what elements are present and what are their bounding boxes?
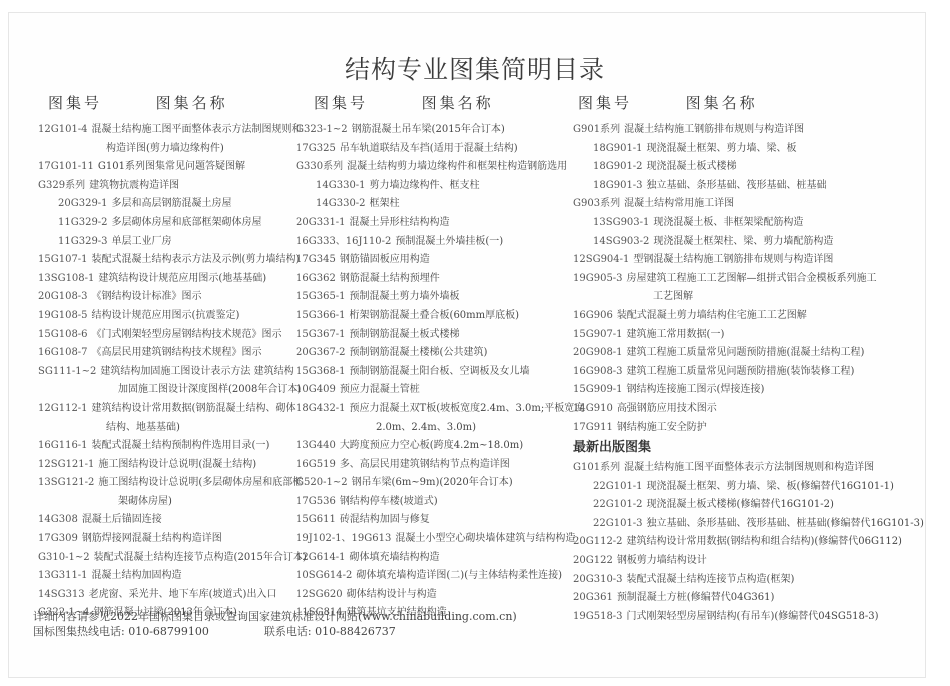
col3-header: 图集号 图集名称 [578, 92, 758, 113]
atlas-name: 混凝土结构常用施工详图 [624, 198, 734, 209]
catalog-entry: 加固施工图设计深度图样(2008年合订本) [38, 381, 307, 400]
atlas-code: 17G101-11 [38, 161, 94, 172]
catalog-entry: 20G112-2建筑结构设计常用数据(钢结构和组合结构)(修编替代06G112) [573, 533, 924, 552]
catalog-entry: 20G122钢板剪力墙结构设计 [573, 552, 924, 571]
catalog-entry: 12G112-1建筑结构设计常用数据(钢筋混凝土结构、砌体 [38, 400, 307, 419]
atlas-name: 混凝土结构加固构造 [92, 570, 182, 581]
catalog-entry: 16G116-1装配式混凝土结构预制构件选用目录(一) [38, 437, 307, 456]
atlas-name: 建筑结构设计规范应用图示(地基基础) [98, 273, 266, 284]
atlas-name: 混凝土结构剪力墙边缘构件和框架柱构造钢筋选用 [347, 161, 567, 172]
catalog-entry: 20G329-1多层和高层钢筋混凝土房屋 [38, 195, 307, 214]
catalog-entry: 15G107-1装配式混凝土结构表示方法及示例(剪力墙结构) [38, 251, 307, 270]
atlas-name: 高强钢筋应用技术图示 [617, 403, 717, 414]
atlas-code: 12SG620 [296, 589, 343, 600]
catalog-entry: 15G108-6《门式刚架轻型房屋钢结构技术规范》图示 [38, 326, 307, 345]
catalog-entry: 16G362钢筋混凝土结构预埋件 [296, 270, 584, 289]
atlas-name: 钢筋混凝土结构预埋件 [340, 273, 440, 284]
atlas-code: 14G330-2 [316, 198, 366, 209]
atlas-name: 工艺图解 [653, 291, 693, 302]
catalog-entry: 16G108-7《高层民用建筑钢结构技术规程》图示 [38, 344, 307, 363]
atlas-name: G101系列图集常见问题答疑图解 [98, 161, 245, 172]
atlas-name: 混凝土后锚固连接 [82, 514, 162, 525]
catalog-entry: 16G333、16J110-2预制混凝土外墙挂板(一) [296, 233, 584, 252]
catalog-entry: 14SG313老虎窗、采光井、地下车库(坡道式)出入口 [38, 586, 307, 605]
catalog-entry: 11G329-2多层砌体房屋和底部框架砌体房屋 [38, 214, 307, 233]
atlas-code: 19J102-1、19G613 [296, 533, 391, 544]
catalog-entry: 15G365-1预制混凝土剪力墙外墙板 [296, 288, 584, 307]
catalog-entry: 16G908-3建筑工程施工质量常见问题预防措施(装饰装修工程) [573, 363, 924, 382]
atlas-code: 22G101-1 [593, 481, 643, 492]
atlas-code: 18G901-2 [593, 161, 643, 172]
atlas-name: 现浇混凝土板式楼梯(修编替代16G101-2) [647, 499, 834, 510]
atlas-name: 装配式混凝土结构连接节点构造(框架) [627, 574, 795, 585]
atlas-name: 钢板剪力墙结构设计 [617, 555, 707, 566]
atlas-name: 砌体填充墙构造详图(二)(与主体结构柔性连接) [356, 570, 562, 581]
header-name: 图集名称 [422, 94, 494, 112]
catalog-entry: 22G101-3独立基础、条形基础、筏形基础、桩基础(修编替代16G101-3) [573, 515, 924, 534]
atlas-code: 22G101-2 [593, 499, 643, 510]
atlas-code: 16G519 [296, 459, 336, 470]
atlas-name: 构造详图(剪力墙边缘构件) [106, 143, 224, 154]
catalog-entry: 15G368-1预制钢筋混凝土阳台板、空调板及女儿墙 [296, 363, 584, 382]
atlas-name: 混凝土小型空心砌块墙体建筑与结构构造 [395, 533, 575, 544]
catalog-entry: 20G331-1混凝土异形柱结构构造 [296, 214, 584, 233]
catalog-entry: 15G907-1建筑施工常用数据(一) [573, 326, 924, 345]
atlas-code: 13SG121-2 [38, 477, 94, 488]
atlas-name: 建筑工程施工质量常见问题预防措施(混凝土结构工程) [627, 347, 865, 358]
atlas-code: 17G911 [573, 422, 613, 433]
atlas-code: 20G361 [573, 592, 613, 603]
catalog-entry: 17G536钢结构停车楼(坡道式) [296, 493, 584, 512]
atlas-name: 2.0m、2.4m、3.0m) [376, 422, 476, 433]
atlas-name: 现浇混凝土框架、剪力墙、梁、板 [647, 143, 797, 154]
atlas-code: 14G330-1 [316, 180, 366, 191]
catalog-entry: 架砌体房屋) [38, 493, 307, 512]
atlas-name: 《门式刚架轻型房屋钢结构技术规范》图示 [92, 329, 282, 340]
atlas-name: 预应力混凝土双T板(坡板宽度2.4m、3.0m;平板宽度 [350, 403, 585, 414]
atlas-name: 预应力混凝土管桩 [340, 384, 420, 395]
atlas-code: 18G432-1 [296, 403, 346, 414]
page-title: 结构专业图集简明目录 [0, 50, 950, 86]
catalog-column-2: G323-1~2钢筋混凝土吊车梁(2015年合订本)17G325吊车轨道联结及车… [296, 121, 584, 623]
atlas-name: 混凝土结构施工图平面整体表示方法制图规则和 [92, 124, 302, 135]
atlas-code: 16G333、16J110-2 [296, 236, 391, 247]
catalog-entry: 14G330-2框架柱 [296, 195, 584, 214]
col1-header: 图集号 图集名称 [48, 92, 228, 113]
atlas-code: 15G909-1 [573, 384, 623, 395]
catalog-entry: 14G308混凝土后锚固连接 [38, 511, 307, 530]
atlas-name: 大跨度预应力空心板(跨度4.2m~18.0m) [340, 440, 523, 451]
atlas-name: 装配式混凝土结构连接节点构造(2015年合订本) [94, 552, 307, 563]
atlas-name: 混凝土结构施工钢筋排布规则与构造详图 [624, 124, 804, 135]
catalog-list: G901系列混凝土结构施工钢筋排布规则与构造详图18G901-1现浇混凝土框架、… [573, 121, 924, 437]
atlas-name: 现浇混凝土板式楼梯 [647, 161, 737, 172]
catalog-entry: 20G908-1建筑工程施工质量常见问题预防措施(混凝土结构工程) [573, 344, 924, 363]
new-publications-list: G101系列混凝土结构施工图平面整体表示方法制图规则和构造详图22G101-1现… [573, 459, 924, 626]
atlas-code: 12G112-1 [38, 403, 88, 414]
atlas-name: 建筑工程施工质量常见问题预防措施(装饰装修工程) [627, 366, 855, 377]
atlas-name: 架砌体房屋) [118, 496, 172, 507]
atlas-code: 22G101-3 [593, 518, 643, 529]
catalog-entry: 构造详图(剪力墙边缘构件) [38, 140, 307, 159]
atlas-code: G323-1~2 [296, 124, 348, 135]
atlas-code: G101系列 [573, 462, 620, 473]
catalog-entry: 17G101-11G101系列图集常见问题答疑图解 [38, 158, 307, 177]
catalog-entry: G323-1~2钢筋混凝土吊车梁(2015年合订本) [296, 121, 584, 140]
atlas-name: 钢筋混凝土吊车梁(2015年合订本) [352, 124, 505, 135]
atlas-name: 预制钢筋混凝土板式楼梯 [350, 329, 460, 340]
col2-header: 图集号 图集名称 [314, 92, 494, 113]
atlas-code: 20G108-3 [38, 291, 88, 302]
atlas-name: 建筑结构设计常用数据(钢筋混凝土结构、砌体 [92, 403, 296, 414]
atlas-code: 20G908-1 [573, 347, 623, 358]
catalog-entry: G520-1~2钢吊车梁(6m~9m)(2020年合订本) [296, 474, 584, 493]
atlas-name: 《钢结构设计标准》图示 [92, 291, 202, 302]
catalog-entry: 15G366-1桁架钢筋混凝土叠合板(60mm厚底板) [296, 307, 584, 326]
atlas-code: 12SG121-1 [38, 459, 94, 470]
atlas-name: 框架柱 [370, 198, 400, 209]
atlas-code: 20G122 [573, 555, 613, 566]
catalog-entry: 10SG614-2砌体填充墙构造详图(二)(与主体结构柔性连接) [296, 567, 584, 586]
catalog-entry: 20G361预制混凝土方桩(修编替代04G361) [573, 589, 924, 608]
atlas-code: 17G309 [38, 533, 78, 544]
atlas-name: 预制混凝土剪力墙外墙板 [350, 291, 460, 302]
atlas-code: 20G329-1 [58, 198, 108, 209]
atlas-code: 16G908-3 [573, 366, 623, 377]
atlas-code: 15G366-1 [296, 310, 346, 321]
atlas-code: 14SG313 [38, 589, 85, 600]
atlas-name: 房屋建筑工程施工工艺图解—组拼式铝合金模板系列施工 [627, 273, 877, 284]
catalog-entry: 13G311-1混凝土结构加固构造 [38, 567, 307, 586]
catalog-entry: 12SG904-1型钢混凝土结构施工钢筋排布规则与构造详图 [573, 251, 924, 270]
catalog-entry: 17G911钢结构施工安全防护 [573, 419, 924, 438]
atlas-code: 17G325 [296, 143, 336, 154]
atlas-code: 19G905-3 [573, 273, 623, 284]
atlas-name: 建筑施工常用数据(一) [627, 329, 725, 340]
catalog-column-1: 12G101-4混凝土结构施工图平面整体表示方法制图规则和构造详图(剪力墙边缘构… [38, 121, 307, 623]
catalog-entry: 12G101-4混凝土结构施工图平面整体表示方法制图规则和 [38, 121, 307, 140]
atlas-name: 吊车轨道联结及车挡(适用于混凝土结构) [340, 143, 518, 154]
atlas-name: 钢吊车梁(6m~9m)(2020年合订本) [352, 477, 513, 488]
catalog-entry: 11G329-3单层工业厂房 [38, 233, 307, 252]
catalog-entry: 18G901-2现浇混凝土板式楼梯 [573, 158, 924, 177]
catalog-entry: 17G325吊车轨道联结及车挡(适用于混凝土结构) [296, 140, 584, 159]
catalog-entry: 12SG620砌体结构设计与构造 [296, 586, 584, 605]
atlas-name: 预制混凝土方桩(修编替代04G361) [617, 592, 775, 603]
atlas-name: 装配式混凝土剪力墙结构住宅施工工艺图解 [617, 310, 807, 321]
atlas-code: 14SG903-2 [593, 236, 649, 247]
atlas-code: G901系列 [573, 124, 620, 135]
atlas-code: 19G108-5 [38, 310, 88, 321]
atlas-name: 施工图结构设计总说明(混凝土结构) [98, 459, 256, 470]
atlas-code: 12G614-1 [296, 552, 346, 563]
atlas-name: 预制混凝土外墙挂板(一) [395, 236, 503, 247]
catalog-entry: 20G367-2预制钢筋混凝土楼梯(公共建筑) [296, 344, 584, 363]
atlas-code: 11G329-2 [58, 217, 108, 228]
atlas-name: 建筑结构设计常用数据(钢结构和组合结构)(修编替代06G112) [627, 536, 902, 547]
atlas-name: 独立基础、条形基础、筏形基础、桩基础 [647, 180, 827, 191]
catalog-entry: 18G901-3独立基础、条形基础、筏形基础、桩基础 [573, 177, 924, 196]
atlas-code: 17G536 [296, 496, 336, 507]
catalog-entry: 15G909-1钢结构连接施工图示(焊接连接) [573, 381, 924, 400]
catalog-entry: 19G905-3房屋建筑工程施工工艺图解—组拼式铝合金模板系列施工 [573, 270, 924, 289]
atlas-name: 独立基础、条形基础、筏形基础、桩基础(修编替代16G101-3) [647, 518, 924, 529]
atlas-name: 砖混结构加固与修复 [340, 514, 430, 525]
atlas-code: G310-1~2 [38, 552, 90, 563]
atlas-code: 18G901-1 [593, 143, 643, 154]
atlas-code: 15G108-6 [38, 329, 88, 340]
atlas-code: 10SG614-2 [296, 570, 352, 581]
atlas-name: 现浇混凝土框架柱、梁、剪力墙配筋构造 [653, 236, 833, 247]
atlas-name: 多层和高层钢筋混凝土房屋 [112, 198, 232, 209]
catalog-entry: 20G310-3装配式混凝土结构连接节点构造(框架) [573, 571, 924, 590]
atlas-name: 砌体结构设计与构造 [347, 589, 437, 600]
catalog-entry: G330系列混凝土结构剪力墙边缘构件和框架柱构造钢筋选用 [296, 158, 584, 177]
catalog-entry: 18G432-1预应力混凝土双T板(坡板宽度2.4m、3.0m;平板宽度 [296, 400, 584, 419]
atlas-code: 13SG108-1 [38, 273, 94, 284]
catalog-entry: G903系列混凝土结构常用施工详图 [573, 195, 924, 214]
atlas-code: 20G367-2 [296, 347, 346, 358]
atlas-code: 10G409 [296, 384, 336, 395]
footer: 详细内容请参见2022年国标图集目录或查询国家建筑标准设计网站(www.chin… [33, 609, 517, 639]
atlas-code: 11G329-3 [58, 236, 108, 247]
atlas-name: 砌体填充墙结构构造 [350, 552, 440, 563]
catalog-entry: 16G519多、高层民用建筑钢结构节点构造详图 [296, 456, 584, 475]
atlas-name: 预制钢筋混凝土阳台板、空调板及女儿墙 [350, 366, 530, 377]
catalog-entry: 13SG121-2施工图结构设计总说明(多层砌体房屋和底部框 [38, 474, 307, 493]
catalog-entry: 13SG903-1现浇混凝土板、非框架梁配筋构造 [573, 214, 924, 233]
footer-website-note: 详细内容请参见2022年国标图集目录或查询国家建筑标准设计网站(www.chin… [33, 609, 517, 624]
header-code: 图集号 [578, 94, 632, 112]
atlas-code: 18G901-3 [593, 180, 643, 191]
catalog-entry: 15G611砖混结构加固与修复 [296, 511, 584, 530]
atlas-name: 钢结构停车楼(坡道式) [340, 496, 438, 507]
atlas-name: 老虎窗、采光井、地下车库(坡道式)出入口 [89, 589, 277, 600]
atlas-code: 14G308 [38, 514, 78, 525]
atlas-code: 14G910 [573, 403, 613, 414]
atlas-name: 钢筋焊接网混凝土结构构造详图 [82, 533, 222, 544]
catalog-entry: G901系列混凝土结构施工钢筋排布规则与构造详图 [573, 121, 924, 140]
atlas-code: G520-1~2 [296, 477, 348, 488]
atlas-code: 13G440 [296, 440, 336, 451]
catalog-entry: 12SG121-1施工图结构设计总说明(混凝土结构) [38, 456, 307, 475]
atlas-name: 多、高层民用建筑钢结构节点构造详图 [340, 459, 510, 470]
atlas-code: 16G362 [296, 273, 336, 284]
atlas-code: G330系列 [296, 161, 343, 172]
catalog-entry: 14G910高强钢筋应用技术图示 [573, 400, 924, 419]
atlas-code: G329系列 [38, 180, 85, 191]
catalog-entry: 19G108-5结构设计规范应用图示(抗震鉴定) [38, 307, 307, 326]
atlas-name: 钢结构连接施工图示(焊接连接) [627, 384, 765, 395]
catalog-entry: G329系列建筑物抗震构造详图 [38, 177, 307, 196]
catalog-entry: 12G614-1砌体填充墙结构构造 [296, 549, 584, 568]
atlas-code: 13SG903-1 [593, 217, 649, 228]
atlas-code: 16G906 [573, 310, 613, 321]
catalog-entry: G310-1~2装配式混凝土结构连接节点构造(2015年合订本) [38, 549, 307, 568]
catalog-entry: G101系列混凝土结构施工图平面整体表示方法制图规则和构造详图 [573, 459, 924, 478]
atlas-code: 15G611 [296, 514, 336, 525]
catalog-entry: 2.0m、2.4m、3.0m) [296, 419, 584, 438]
atlas-code: 15G365-1 [296, 291, 346, 302]
atlas-name: 结构、地基基础) [106, 422, 180, 433]
atlas-name: 多层砌体房屋和底部框架砌体房屋 [112, 217, 262, 228]
atlas-name: 装配式混凝土结构表示方法及示例(剪力墙结构) [92, 254, 300, 265]
atlas-code: SG111-1~2 [38, 366, 96, 377]
catalog-entry: 13SG108-1建筑结构设计规范应用图示(地基基础) [38, 270, 307, 289]
footer-contact: 联系电话: 010-88426737 [264, 625, 396, 638]
atlas-name: 钢筋锚固板应用构造 [340, 254, 430, 265]
atlas-name: 现浇混凝土板、非框架梁配筋构造 [653, 217, 803, 228]
atlas-code: 17G345 [296, 254, 336, 265]
catalog-entry: 19G518-3门式刚架轻型房屋钢结构(有吊车)(修编替代04SG518-3) [573, 608, 924, 627]
atlas-code: 19G518-3 [573, 611, 623, 622]
catalog-entry: 17G309钢筋焊接网混凝土结构构造详图 [38, 530, 307, 549]
header-name: 图集名称 [686, 94, 758, 112]
atlas-name: 桁架钢筋混凝土叠合板(60mm厚底板) [350, 310, 520, 321]
catalog-entry: 14SG903-2现浇混凝土框架柱、梁、剪力墙配筋构造 [573, 233, 924, 252]
catalog-column-3: G901系列混凝土结构施工钢筋排布规则与构造详图18G901-1现浇混凝土框架、… [573, 121, 924, 626]
atlas-code: 20G331-1 [296, 217, 346, 228]
catalog-entry: 结构、地基基础) [38, 419, 307, 438]
atlas-name: 单层工业厂房 [112, 236, 172, 247]
atlas-code: 16G108-7 [38, 347, 88, 358]
catalog-entry: 22G101-1现浇混凝土框架、剪力墙、梁、板(修编替代16G101-1) [573, 478, 924, 497]
atlas-name: 《高层民用建筑钢结构技术规程》图示 [92, 347, 262, 358]
atlas-code: 16G116-1 [38, 440, 88, 451]
catalog-entry: 22G101-2现浇混凝土板式楼梯(修编替代16G101-2) [573, 496, 924, 515]
atlas-name: 施工图结构设计总说明(多层砌体房屋和底部框 [98, 477, 302, 488]
atlas-name: 钢结构施工安全防护 [617, 422, 707, 433]
catalog-entry: 20G108-3《钢结构设计标准》图示 [38, 288, 307, 307]
atlas-code: 20G112-2 [573, 536, 623, 547]
catalog-entry: 15G367-1预制钢筋混凝土板式楼梯 [296, 326, 584, 345]
catalog-entry: 10G409预应力混凝土管桩 [296, 381, 584, 400]
catalog-entry: 18G901-1现浇混凝土框架、剪力墙、梁、板 [573, 140, 924, 159]
atlas-name: 结构设计规范应用图示(抗震鉴定) [92, 310, 240, 321]
atlas-name: 装配式混凝土结构预制构件选用目录(一) [92, 440, 270, 451]
catalog-entry: 19J102-1、19G613混凝土小型空心砌块墙体建筑与结构构造 [296, 530, 584, 549]
atlas-name: 门式刚架轻型房屋钢结构(有吊车)(修编替代04SG518-3) [627, 611, 879, 622]
catalog-entry: 工艺图解 [573, 288, 924, 307]
atlas-name: 建筑结构加固施工图设计表示方法 建筑结构 [100, 366, 293, 377]
header-code: 图集号 [48, 94, 102, 112]
atlas-name: 加固施工图设计深度图样(2008年合订本) [118, 384, 301, 395]
catalog-entry: 14G330-1剪力墙边缘构件、框支柱 [296, 177, 584, 196]
catalog-entry: 13G440大跨度预应力空心板(跨度4.2m~18.0m) [296, 437, 584, 456]
atlas-name: 现浇混凝土框架、剪力墙、梁、板(修编替代16G101-1) [647, 481, 894, 492]
atlas-code: G903系列 [573, 198, 620, 209]
atlas-code: 15G907-1 [573, 329, 623, 340]
header-name: 图集名称 [156, 94, 228, 112]
atlas-code: 13G311-1 [38, 570, 88, 581]
atlas-code: 15G107-1 [38, 254, 88, 265]
atlas-code: 12G101-4 [38, 124, 88, 135]
atlas-code: 15G368-1 [296, 366, 346, 377]
header-code: 图集号 [314, 94, 368, 112]
atlas-name: 型钢混凝土结构施工钢筋排布规则与构造详图 [633, 254, 833, 265]
catalog-entry: 17G345钢筋锚固板应用构造 [296, 251, 584, 270]
footer-hotline: 国标图集热线电话: 010-68799100 [33, 625, 209, 638]
atlas-name: 混凝土异形柱结构构造 [350, 217, 450, 228]
catalog-entry: 16G906装配式混凝土剪力墙结构住宅施工工艺图解 [573, 307, 924, 326]
catalog-entry: SG111-1~2建筑结构加固施工图设计表示方法 建筑结构 [38, 363, 307, 382]
atlas-name: 预制钢筋混凝土楼梯(公共建筑) [350, 347, 488, 358]
atlas-code: 20G310-3 [573, 574, 623, 585]
atlas-name: 剪力墙边缘构件、框支柱 [370, 180, 480, 191]
atlas-code: 12SG904-1 [573, 254, 629, 265]
atlas-code: 15G367-1 [296, 329, 346, 340]
atlas-name: 混凝土结构施工图平面整体表示方法制图规则和构造详图 [624, 462, 874, 473]
new-publications-heading: 最新出版图集 [573, 437, 924, 459]
atlas-name: 建筑物抗震构造详图 [89, 180, 179, 191]
